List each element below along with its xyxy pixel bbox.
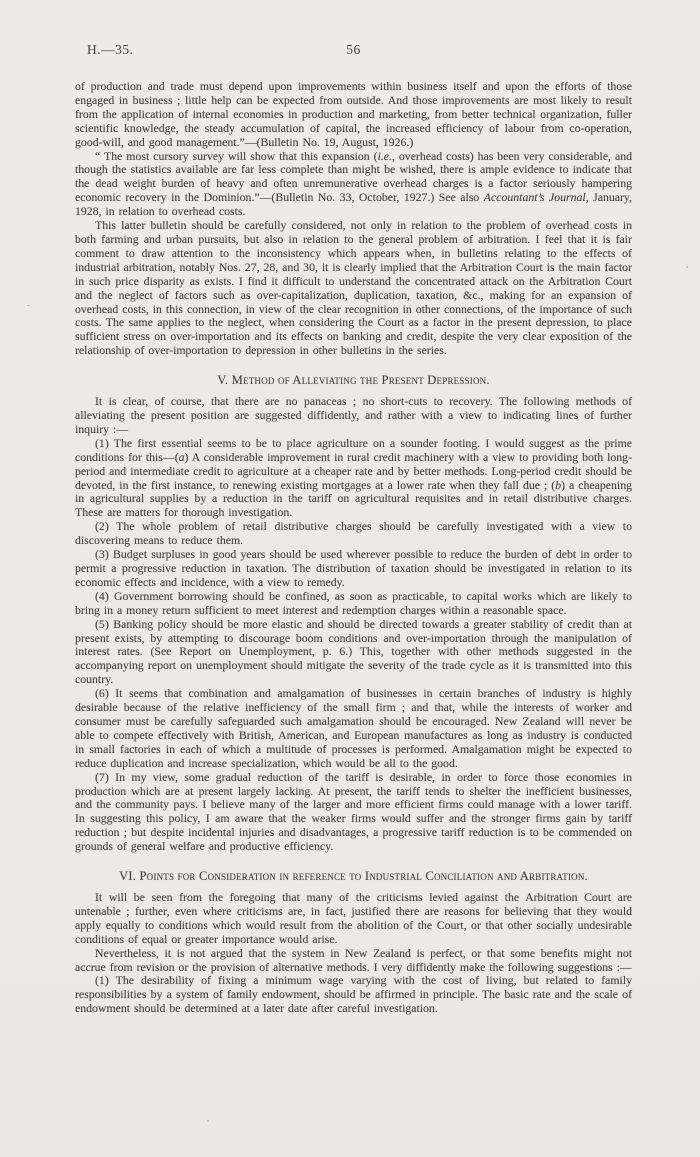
section-v-intro: It is clear, of course, that there are n… [75,395,632,437]
scan-speck [207,1120,209,1122]
page-number: 56 [75,42,632,58]
paragraph-quote-bulletin-33: “ The most cursory survey will show that… [75,150,632,220]
section-v-point-7: (7) In my view, some gradual reduction o… [75,771,632,854]
page-header: H.—35. 56 [75,42,632,60]
section-vi-intro: It will be seen from the foregoing that … [75,891,632,947]
section-v-point-3: (3) Budget surpluses in good years shoul… [75,548,632,590]
section-v-point-5: (5) Banking policy should be more elasti… [75,618,632,688]
document-reference: H.—35. [87,42,134,58]
section-v-point-2: (2) The whole problem of retail distribu… [75,520,632,548]
scan-speck [27,305,30,306]
section-v-point-1: (1) The first essential seems to be to p… [75,437,632,520]
section-vi-point-1: (1) The desirability of fixing a minimum… [75,974,632,1016]
page-content: H.—35. 56 of production and trade must d… [75,42,632,1016]
document-page: H.—35. 56 of production and trade must d… [0,0,700,1157]
paragraph-latter-bulletin: This latter bulletin should be carefully… [75,219,632,358]
section-vi-heading: VI. Points for Consideration in referenc… [75,869,632,884]
scan-speck [686,266,688,268]
paragraph-continuation: of production and trade must depend upon… [75,80,632,150]
scan-speck [530,123,532,124]
section-v-point-6: (6) It seems that combination and amalga… [75,687,632,770]
section-v-heading: V. Method of Alleviating the Present Dep… [75,373,632,388]
section-v-point-4: (4) Government borrowing should be confi… [75,590,632,618]
section-vi-nevertheless: Nevertheless, it is not argued that the … [75,947,632,975]
